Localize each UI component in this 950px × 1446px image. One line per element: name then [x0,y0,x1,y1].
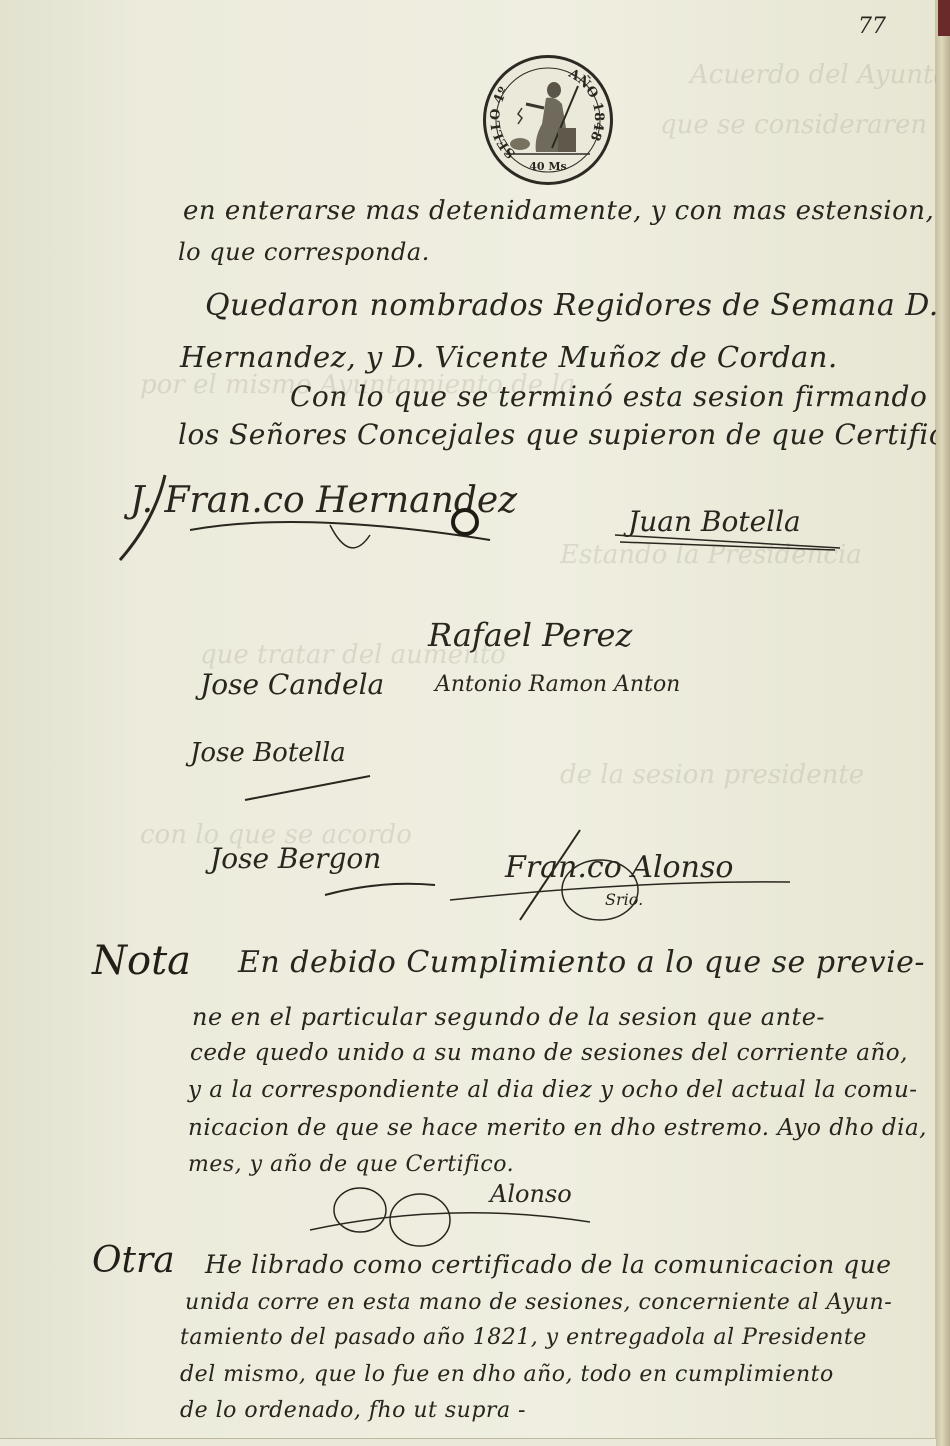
nota-line: nicacion de que se hace merito en dho es… [188,1115,927,1141]
otra-line: He librado como certificado de la comuni… [205,1250,892,1279]
body-line: Hernandez, y D. Vicente Muñoz de Cordan. [180,340,838,374]
signature: Jose Candela [200,668,384,701]
bleed-through-text: Acuerdo del Ayuntamiento [690,60,950,90]
otra-line: unida corre en esta mano de sesiones, co… [185,1290,892,1315]
nota-margin-label: Nota [92,938,191,984]
signature-flourish-icon [440,820,800,930]
revenue-stamp: SELLO 4º AÑO 1848 40 Ms [483,55,613,185]
folio-number: 77 [858,14,886,39]
otra-margin-label: Otra [92,1240,175,1281]
stamp-seal-icon [486,58,610,182]
nota-line: y a la correspondiente al dia diez y och… [188,1077,918,1103]
initial-flourish-icon [105,470,185,570]
nota-line: En debido Cumplimiento a lo que se previ… [238,945,925,980]
signature: Rafael Perez [428,616,632,654]
signature-flourish-icon [610,520,850,560]
signature-flourish-icon [320,870,440,910]
binding-edge [936,0,950,1446]
bleed-through-text: de la sesion presidente [560,760,864,790]
nota-line: ne en el particular segundo de la sesion… [192,1003,825,1031]
manuscript-page: Acuerdo del Ayuntamiento que se consider… [0,0,937,1439]
signature: Antonio Ramon Anton [435,672,680,697]
body-line: Quedaron nombrados Regidores de Semana D… [205,288,950,323]
signature-flourish-icon [240,770,380,810]
body-line: lo que corresponda. [178,238,430,266]
body-line: los Señores Concejales que supieron de q… [178,418,950,451]
nota-line: cede quedo unido a su mano de sesiones d… [190,1040,908,1066]
body-line: Con lo que se terminó esta sesion firman… [290,380,927,413]
bleed-through-text: que se consideraren [660,110,927,140]
body-line: en enterarse mas detenidamente, y con ma… [183,196,950,226]
cover-corner [938,0,950,36]
nota-line: mes, y año de que Certifico. [188,1152,514,1177]
signature-flourish-icon [300,1180,600,1260]
signature-flourish-icon [180,500,520,560]
otra-line: de lo ordenado, fho ut supra - [180,1398,526,1423]
otra-line: tamiento del pasado año 1821, y entregad… [180,1325,867,1350]
otra-line: del mismo, que lo fue en dho año, todo e… [180,1362,834,1387]
signature: Jose Botella [190,738,346,768]
